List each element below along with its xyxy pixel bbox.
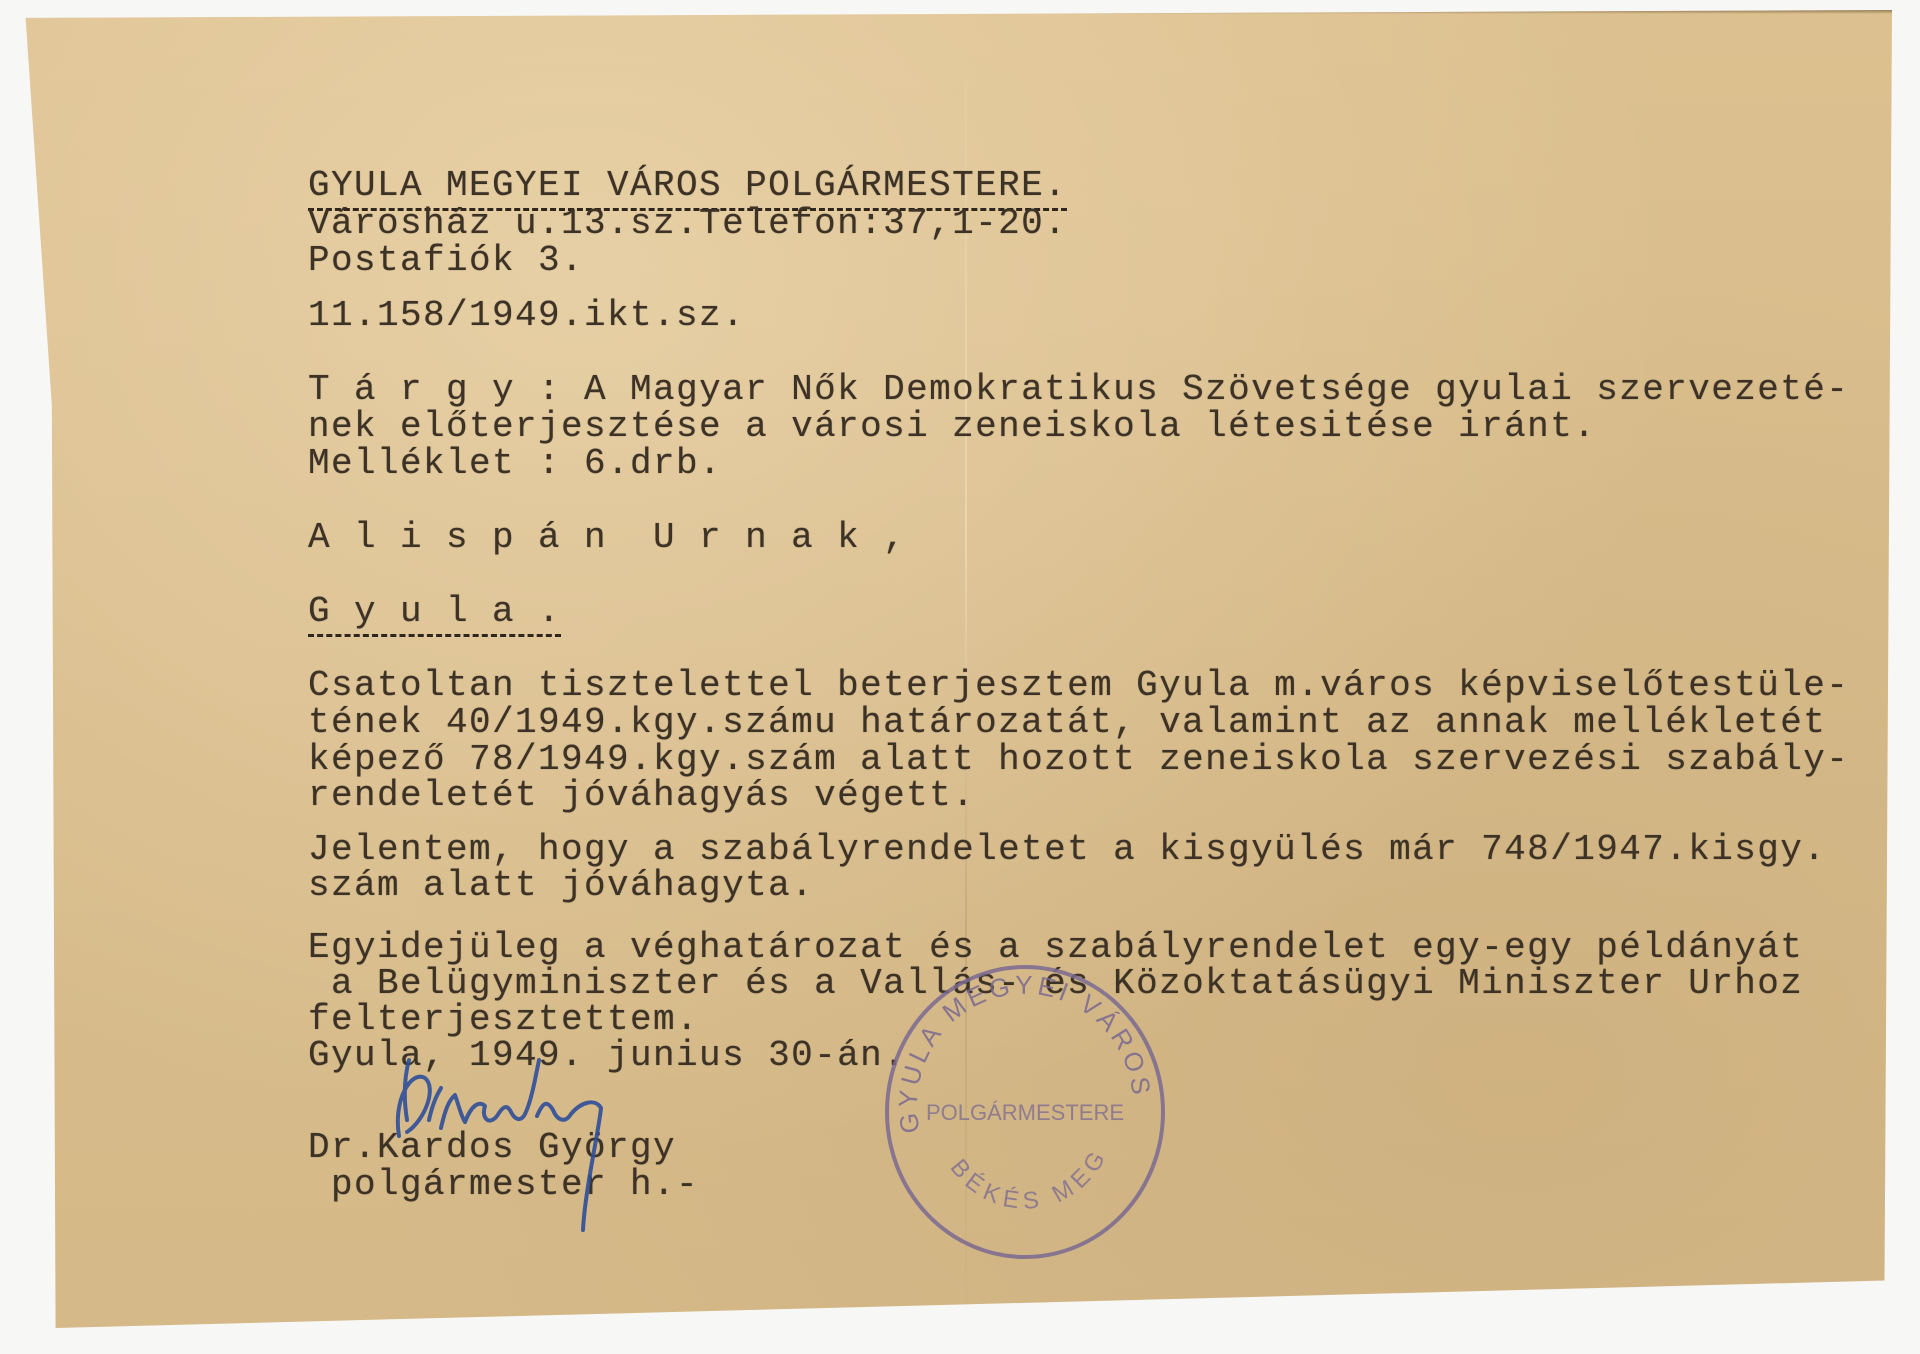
handwritten-signature-icon [385,1040,705,1260]
attachment-line: Melléklet : 6.drb. [308,446,722,482]
addressee-city: G y u l a . [308,594,561,630]
subject-line-1: T á r g y : A Magyar Nők Demokratikus Sz… [308,372,1849,408]
subject-text-1: A Magyar Nők Demokratikus Szövetsége gyu… [561,369,1849,410]
subject-line-2: nek előterjesztése a városi zeneiskola l… [308,409,1596,445]
body-p2-line-2: szám alatt jóváhagyta. [308,868,814,904]
salutation: A l i s p á n U r n a k , [308,520,906,556]
body-p3-line-1: Egyidejüleg a véghatározat és a szabályr… [308,930,1803,966]
body-p1-line-2: tének 40/1949.kgy.számu határozatát, val… [308,705,1826,741]
letterhead-address: Városház u.13.sz.Telefon:37,1-20. [308,206,1067,242]
body-p3-line-3: felterjesztettem. [308,1002,699,1038]
subject-label: T á r g y : [308,369,561,410]
body-p1-line-3: képező 78/1949.kgy.szám alatt hozott zen… [308,742,1849,778]
official-stamp-icon: GYULA MEGYEI VÁROS POLGÁRMESTERE BÉKÉS M… [880,962,1170,1262]
body-p1-line-1: Csatoltan tisztelettel beterjesztem Gyul… [308,668,1849,704]
body-p2-line-1: Jelentem, hogy a szabályrendeletet a kis… [308,832,1826,868]
body-p1-line-4: rendeletét jóváhagyás végett. [308,778,975,814]
stamp-center-text: POLGÁRMESTERE [926,1100,1124,1125]
reference-number: 11.158/1949.ikt.sz. [308,298,745,334]
letterhead-title: GYULA MEGYEI VÁROS POLGÁRMESTERE. [308,168,1067,204]
letterhead-postbox: Postafiók 3. [308,243,584,279]
addressee-city-text: G y u l a . [308,591,561,637]
